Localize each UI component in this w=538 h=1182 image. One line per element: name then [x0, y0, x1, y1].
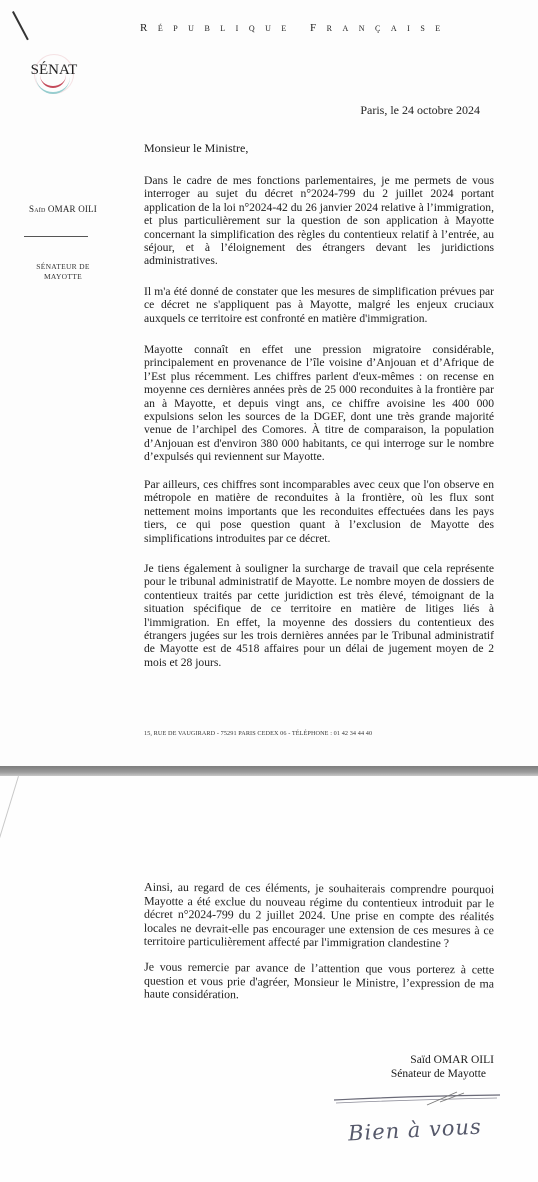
letter-page-1: République Française SÉNAT Paris, le 24 … — [0, 0, 538, 766]
sidebar-divider — [24, 236, 88, 237]
sidebar-title-line1: Sénateur de — [18, 262, 108, 272]
sidebar-sender-name: Saïd OMAR OILI — [18, 204, 108, 214]
letter-date: Paris, le 24 octobre 2024 — [360, 103, 480, 118]
signature-title: Sénateur de Mayotte — [391, 1068, 486, 1080]
paragraph-7: Je vous remercie par avance de l’attenti… — [144, 960, 494, 1004]
paragraph-2: Il m'a été donné de constater que les me… — [144, 285, 494, 325]
salutation: Monsieur le Ministre, — [144, 141, 248, 156]
scan-page-edge — [0, 776, 19, 929]
letterhead-footer-address: 15, rue de Vaugirard - 75291 Paris Cedex… — [144, 730, 372, 737]
paragraph-3: Mayotte connaît en effet une pression mi… — [144, 343, 494, 464]
scan-corner-mark — [12, 11, 29, 40]
paragraph-5: Je tiens également à souligner la surcha… — [144, 562, 494, 669]
paragraph-4: Par ailleurs, ces chiffres sont incompar… — [144, 478, 494, 545]
sidebar-title-line2: Mayotte — [18, 272, 108, 282]
signature-stroke-icon — [332, 1090, 502, 1108]
sidebar-sender-title: Sénateur de Mayotte — [18, 262, 108, 282]
logo-text: SÉNAT — [28, 62, 80, 79]
page-separator — [0, 766, 538, 776]
paragraph-6: Ainsi, au regard de ces éléments, je sou… — [144, 881, 494, 951]
letterhead-republique-francaise: République Française — [140, 22, 451, 34]
senat-logo: SÉNAT — [28, 58, 80, 98]
signature-name: Saïd OMAR OILI — [410, 1054, 494, 1066]
paragraph-1: Dans le cadre de mes fonctions parlement… — [144, 174, 494, 268]
